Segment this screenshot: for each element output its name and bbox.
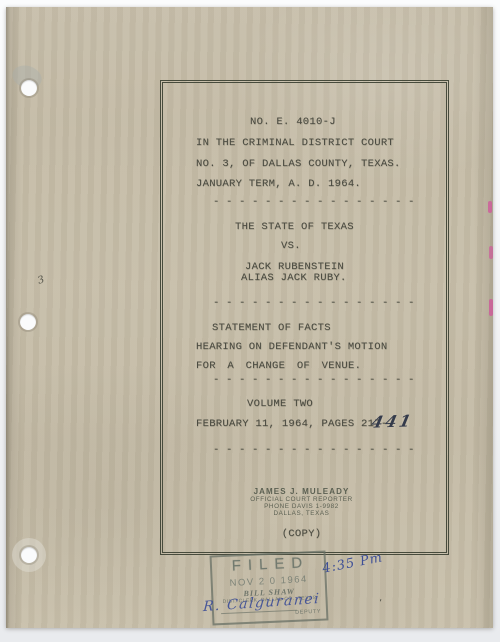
punch-hole-middle [20,314,36,330]
pink-edge-mark [489,299,493,316]
case-number: NO. E. 4010-J [250,116,336,128]
typed-divider: - - - - - - - - - - - - - - - - [213,297,415,309]
pink-edge-mark [488,201,492,213]
reporter-city: DALLAS, TEXAS [160,510,443,517]
handwritten-page-number: 441 [370,411,415,431]
plaintiff-line: THE STATE OF TEXAS [235,221,354,233]
subject-line1: STATEMENT OF FACTS [212,322,331,334]
date-pages-line: FEBRUARY 11, 1964, PAGES 217- [196,418,387,430]
reporter-title: OFFICIAL COURT REPORTER [160,496,443,503]
reporter-phone: PHONE DAVIS 1-9982 [160,503,443,510]
punch-hole-top [21,80,37,96]
filed-stamp-word: FILED [212,554,325,576]
copy-label-wrap: (COPY) [160,523,443,541]
pink-edge-mark [489,246,493,259]
typed-divider: - - - - - - - - - - - - - - - - [213,444,415,456]
filed-stamp: FILED NOV 2 0 1964 BILL SHAW DIST. CLERK… [210,551,329,626]
filed-stamp-deputy-label: DEPUTY [295,609,321,616]
scanned-document-view: NO. E. 4010-J IN THE CRIMINAL DISTRICT C… [0,0,500,642]
court-name-line2: NO. 3, OF DALLAS COUNTY, TEXAS. [196,158,401,170]
versus-line: VS. [281,240,301,252]
typed-divider: - - - - - - - - - - - - - - - - [213,374,415,386]
typed-divider: - - - - - - - - - - - - - - - - [213,196,415,208]
subject-line3: FOR A CHANGE OF VENUE. [196,360,361,372]
court-name-line1: IN THE CRIMINAL DISTRICT COURT [196,137,394,149]
punch-hole-bottom [21,547,37,563]
reporter-name: JAMES J. MULEADY [160,487,443,496]
cover-border-frame [160,80,449,555]
term-line: JANUARY TERM, A. D. 1964. [196,178,361,190]
subject-line2: HEARING ON DEFENDANT'S MOTION [196,341,387,353]
copy-label: (COPY) [282,528,322,540]
volume-line: VOLUME TWO [247,398,313,410]
court-reporter-block: JAMES J. MULEADY OFFICIAL COURT REPORTER… [160,487,443,517]
defendant-line2: ALIAS JACK RUBY. [241,272,347,284]
